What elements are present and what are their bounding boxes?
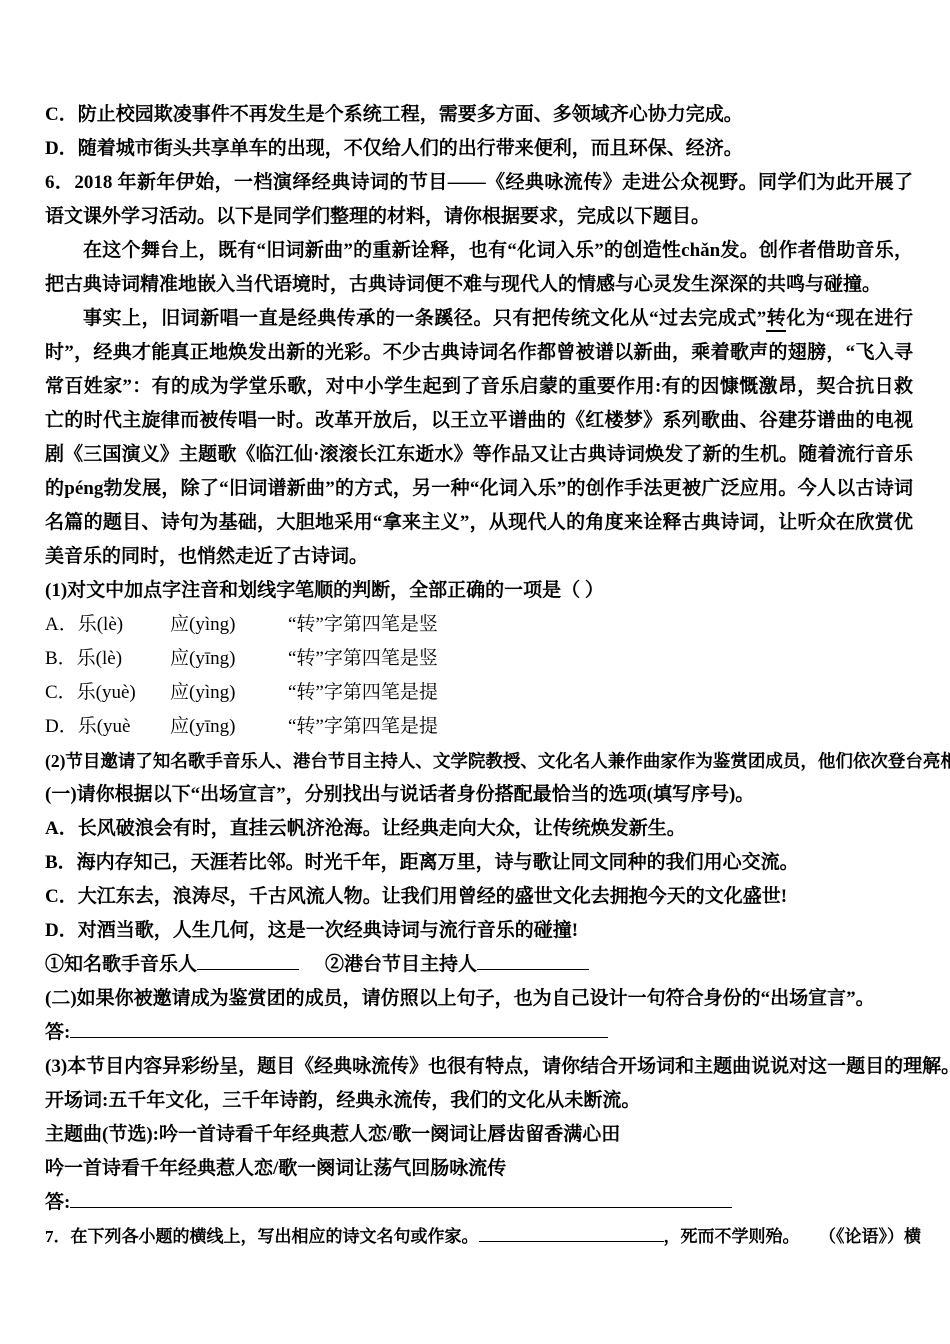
question7-prefix: 7．在下列各小题的横线上，写出相应的诗文名句或作家。 bbox=[45, 1227, 479, 1246]
option-b-pinyin-2: 应(yīng) bbox=[170, 642, 288, 676]
q6-sub1-option-c: C．乐(yuè)应(yìng)“转”字第四笔是提 bbox=[45, 676, 913, 710]
q6-sub2-answer-line: 答: bbox=[45, 1016, 913, 1050]
answer-blank-sub2 bbox=[70, 1022, 608, 1038]
q6-sub3-theme-line-1: 主题曲(节选):吟一首诗看千年经典惹人恋/歌一阕词让唇齿留香满心田 bbox=[45, 1118, 913, 1152]
question6-paragraph-2: 事实上，旧词新唱一直是经典传承的一条蹊径。只有把传统文化从“过去完成式”转化为“… bbox=[45, 302, 913, 574]
option-c-pinyin-2: 应(yìng) bbox=[170, 676, 288, 710]
q6-sub2-option-c: C．大江东去，浪涛尽，千古风流人物。让我们用曾经的盛世文化去拥抱今天的文化盛世! bbox=[45, 880, 913, 914]
option-a-pinyin-2: 应(yìng) bbox=[170, 608, 288, 642]
question6-paragraph-1: 在这个舞台上，既有“旧词新曲”的重新诠释，也有“化词入乐”的创造性chǎn发。创… bbox=[45, 234, 913, 302]
question7-line: 7．在下列各小题的横线上，写出相应的诗文名句或作家。，死而不学则殆。（《论语》）… bbox=[45, 1220, 913, 1254]
q6-sub3-opening-line: 开场词:五千年文化，三千年诗韵，经典永流传，我们的文化从未断流。 bbox=[45, 1084, 913, 1118]
option-b-stroke: “转”字第四笔是竖 bbox=[288, 648, 438, 669]
q6-sub1-prompt: (1)对文中加点字注音和划线字笔顺的判断，全部正确的一项是（ ） bbox=[45, 574, 913, 608]
question7-source: （《论语》）横 bbox=[828, 1227, 922, 1246]
paragraph2-underlined-char: 转 bbox=[766, 308, 786, 332]
option-c-stroke: “转”字第四笔是提 bbox=[288, 682, 438, 703]
q6-sub1-option-d: D．乐(yuè应(yīng)“转”字第四笔是提 bbox=[45, 710, 913, 744]
q6-sub2-part1-prompt: (一)请你根据以下“出场宣言”，分别找出与说话者身份搭配最恰当的选项(填写序号)… bbox=[45, 778, 913, 812]
question6-intro: 6．2018 年新年伊始，一档演绎经典诗词的节目——《经典咏流传》走进公众视野。… bbox=[45, 166, 913, 234]
option-d-pinyin-2: 应(yīng) bbox=[170, 710, 288, 744]
question5-option-c: C．防止校园欺凌事件不再发生是个系统工程，需要多方面、多领域齐心协力完成。 bbox=[45, 98, 913, 132]
answer-blank-host bbox=[477, 954, 589, 970]
q6-sub3-theme-line-2: 吟一首诗看千年经典惹人恋/歌一阕词让荡气回肠咏流传 bbox=[45, 1152, 913, 1186]
paragraph2-before: 事实上，旧词新唱一直是经典传承的一条蹊径。只有把传统文化从“过去完成式” bbox=[83, 308, 766, 329]
answer-blank-q7 bbox=[479, 1226, 664, 1242]
fill-label-singer: ①知名歌手音乐人 bbox=[45, 954, 197, 975]
q6-sub3-answer-line: 答: bbox=[45, 1186, 913, 1220]
q6-sub2-option-a: A．长风破浪会有时，直挂云帆济沧海。让经典走向大众，让传统焕发新生。 bbox=[45, 812, 913, 846]
fill-label-host: ②港台节目主持人 bbox=[325, 954, 477, 975]
exam-page: C．防止校园欺凌事件不再发生是个系统工程，需要多方面、多领域齐心协力完成。 D．… bbox=[45, 98, 913, 1254]
option-d-pinyin-1: D．乐(yuè bbox=[45, 710, 170, 744]
q6-sub2-option-d: D．对酒当歌，人生几何，这是一次经典诗词与流行音乐的碰撞! bbox=[45, 914, 913, 948]
q6-sub2-intro: (2)节目邀请了知名歌手音乐人、港台节目主持人、文学院教授、文化名人兼作曲家作为… bbox=[45, 744, 913, 778]
answer-blank-sub3 bbox=[70, 1192, 732, 1208]
answer-blank-singer bbox=[197, 954, 299, 970]
option-d-stroke: “转”字第四笔是提 bbox=[288, 716, 438, 737]
option-a-stroke: “转”字第四笔是竖 bbox=[288, 614, 438, 635]
question5-option-d: D．随着城市街头共享单车的出现，不仅给人们的出行带来便利，而且环保、经济。 bbox=[45, 132, 913, 166]
option-a-pinyin-1: A．乐(lè) bbox=[45, 608, 170, 642]
question7-suffix: ，死而不学则殆。 bbox=[664, 1227, 800, 1246]
paragraph2-after: 化为“现在进行时”，经典才能真正地焕发出新的光彩。不少古典诗词名作都曾被谱以新曲… bbox=[45, 308, 913, 567]
q6-sub2-option-b: B．海内存知己，天涯若比邻。时光千年，距离万里，诗与歌让同文同种的我们用心交流。 bbox=[45, 846, 913, 880]
answer-label: 答: bbox=[45, 1022, 70, 1043]
option-b-pinyin-1: B．乐(lè) bbox=[45, 642, 170, 676]
q6-sub2-fill-line: ①知名歌手音乐人②港台节目主持人 bbox=[45, 948, 913, 982]
option-c-pinyin-1: C．乐(yuè) bbox=[45, 676, 170, 710]
q6-sub1-option-a: A．乐(lè)应(yìng)“转”字第四笔是竖 bbox=[45, 608, 913, 642]
q6-sub3-prompt: (3)本节目内容异彩纷呈，题目《经典咏流传》也很有特点，请你结合开场词和主题曲说… bbox=[45, 1050, 913, 1084]
q6-sub1-option-b: B．乐(lè)应(yīng)“转”字第四笔是竖 bbox=[45, 642, 913, 676]
q6-sub2-part2-prompt: (二)如果你被邀请成为鉴赏团的成员，请仿照以上句子，也为自己设计一句符合身份的“… bbox=[45, 982, 913, 1016]
answer-label: 答: bbox=[45, 1192, 70, 1213]
